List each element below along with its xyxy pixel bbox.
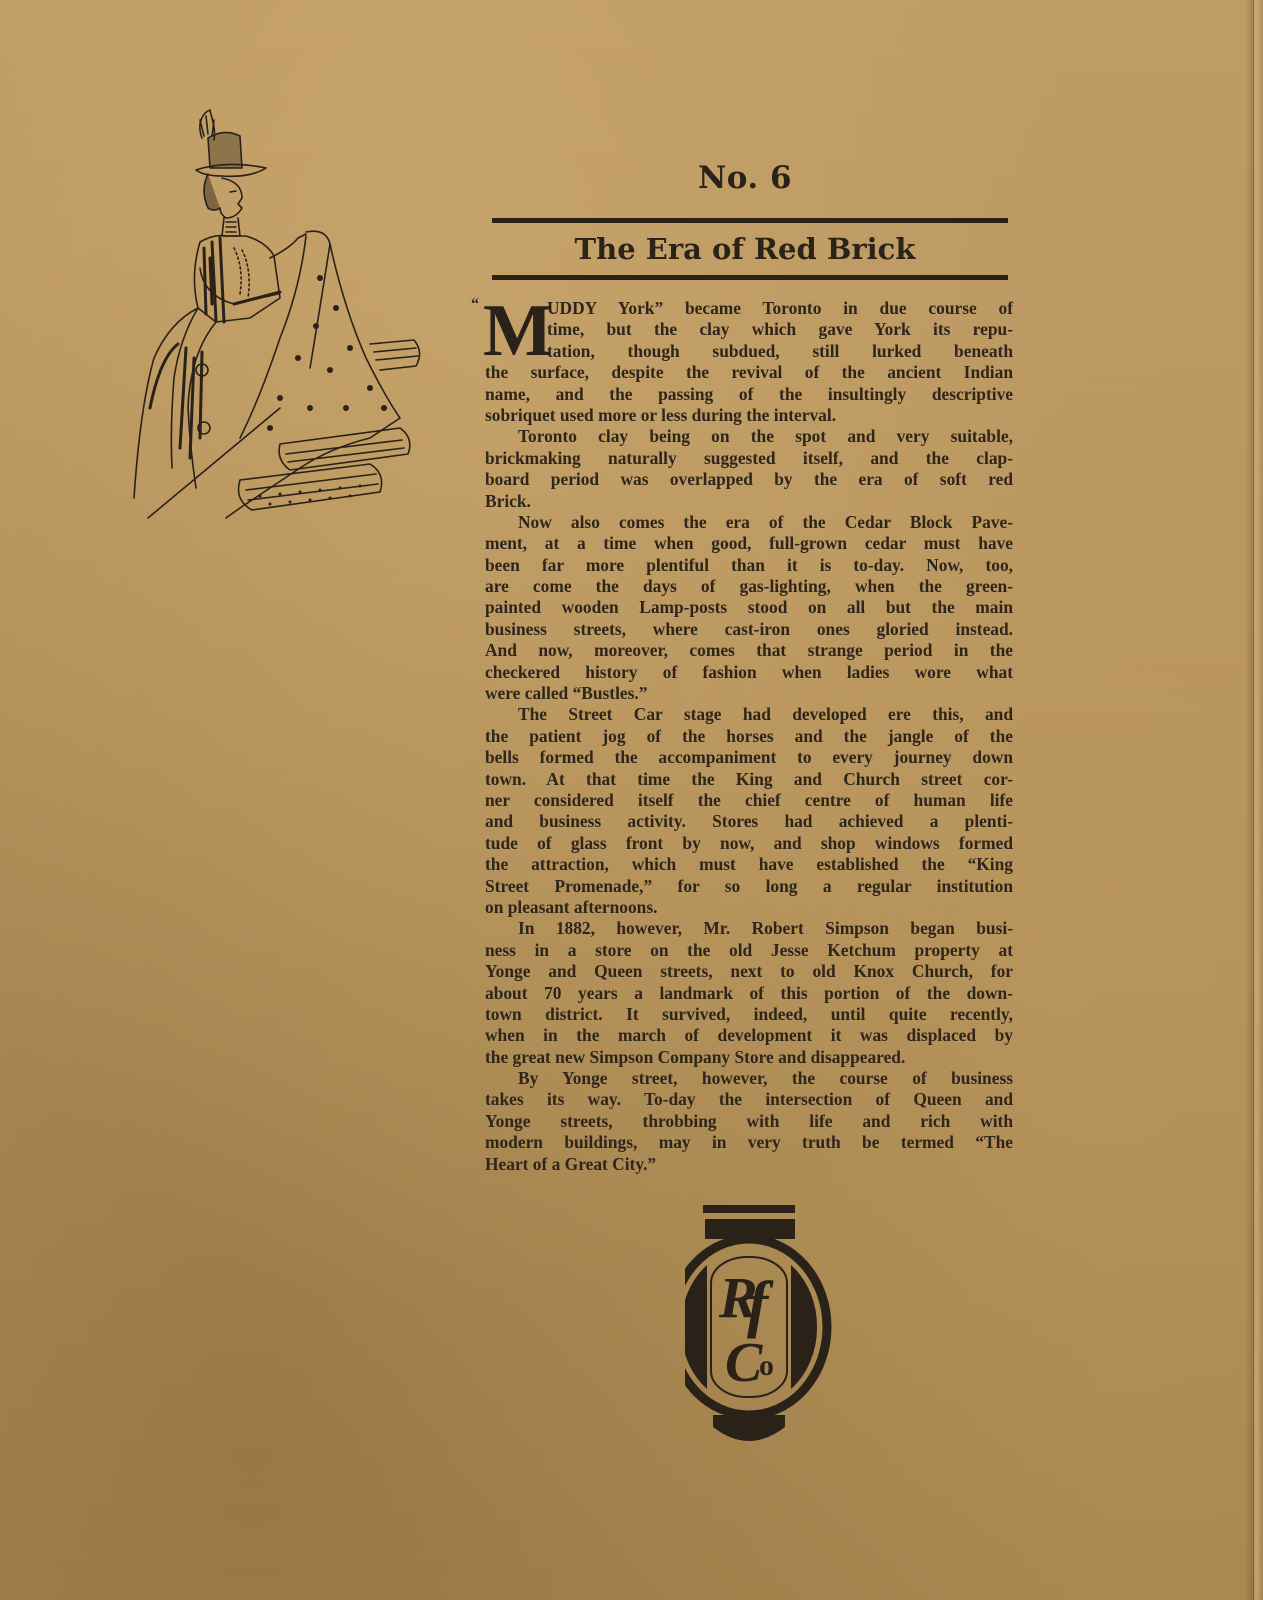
page-edge bbox=[1245, 0, 1263, 1600]
text-line: been far more plentiful than it is to-da… bbox=[485, 555, 1013, 576]
article-body: “ M UDDY York” became Toronto in due cou… bbox=[485, 298, 1013, 1175]
text-line: And now, moreover, comes that strange pe… bbox=[485, 640, 1013, 661]
text-line: tation, though subdued, still lurked ben… bbox=[485, 341, 1013, 362]
text-line: the great new Simpson Company Store and … bbox=[485, 1047, 1013, 1068]
svg-text:f: f bbox=[747, 1268, 774, 1339]
text-line: town district. It survived, indeed, unti… bbox=[485, 1004, 1013, 1025]
text-line: the patient jog of the horses and the ja… bbox=[485, 726, 1013, 747]
title-rule-bottom bbox=[492, 275, 1008, 280]
text-line: sobriquet used more or less during the i… bbox=[485, 405, 1013, 426]
text-line: modern buildings, may in very truth be t… bbox=[485, 1132, 1013, 1153]
text-line: the attraction, which must have establis… bbox=[485, 854, 1013, 875]
rs-co-monogram-logo: R f C o bbox=[685, 1205, 845, 1445]
article-title: The Era of Red Brick bbox=[480, 232, 1010, 266]
text-line: were called “Bustles.” bbox=[485, 683, 1013, 704]
text-line: tude of glass front by now, and shop win… bbox=[485, 833, 1013, 854]
text-line: UDDY York” became Toronto in due course … bbox=[485, 298, 1013, 319]
text-line: ment, at a time when good, full-grown ce… bbox=[485, 533, 1013, 554]
text-line: Brick. bbox=[485, 491, 1013, 512]
text-line: painted wooden Lamp-posts stood on all b… bbox=[485, 597, 1013, 618]
text-line: takes its way. To-day the intersection o… bbox=[485, 1089, 1013, 1110]
text-line: In 1882, however, Mr. Robert Simpson beg… bbox=[485, 918, 1013, 939]
svg-text:o: o bbox=[759, 1349, 774, 1382]
victorian-lady-illustration bbox=[130, 108, 430, 528]
text-line: By Yonge street, however, the course of … bbox=[485, 1068, 1013, 1089]
text-line: checkered history of fashion when ladies… bbox=[485, 662, 1013, 683]
text-line: on pleasant afternoons. bbox=[485, 897, 1013, 918]
text-line: Now also comes the era of the Cedar Bloc… bbox=[485, 512, 1013, 533]
text-line: Yonge and Queen streets, next to old Kno… bbox=[485, 961, 1013, 982]
text-line: bells formed the accompaniment to every … bbox=[485, 747, 1013, 768]
text-line: The Street Car stage had developed ere t… bbox=[485, 704, 1013, 725]
text-line: name, and the passing of the insultingly… bbox=[485, 384, 1013, 405]
title-rule-top bbox=[492, 218, 1008, 223]
text-line: Heart of a Great City.” bbox=[485, 1154, 1013, 1175]
text-line: the surface, despite the revival of the … bbox=[485, 362, 1013, 383]
text-line: ner considered itself the chief centre o… bbox=[485, 790, 1013, 811]
opening-quote-mark: “ bbox=[471, 296, 479, 314]
text-line: business streets, where cast-iron ones g… bbox=[485, 619, 1013, 640]
text-line: and business activity. Stores had achiev… bbox=[485, 811, 1013, 832]
text-line: Yonge streets, throbbing with life and r… bbox=[485, 1111, 1013, 1132]
text-line: brickmaking naturally suggested itself, … bbox=[485, 448, 1013, 469]
text-line: about 70 years a landmark of this portio… bbox=[485, 983, 1013, 1004]
text-line: when in the march of development it was … bbox=[485, 1025, 1013, 1046]
text-line: town. At that time the King and Church s… bbox=[485, 769, 1013, 790]
text-line: Street Promenade,” for so long a regular… bbox=[485, 876, 1013, 897]
text-line: Toronto clay being on the spot and very … bbox=[485, 426, 1013, 447]
issue-number: No. 6 bbox=[480, 160, 1010, 196]
text-line: board period was overlapped by the era o… bbox=[485, 469, 1013, 490]
text-line: ness in a store on the old Jesse Ketchum… bbox=[485, 940, 1013, 961]
svg-text:C: C bbox=[725, 1332, 763, 1394]
text-line: are come the days of gas-lighting, when … bbox=[485, 576, 1013, 597]
drop-cap: M bbox=[483, 298, 543, 362]
text-line: time, but the clay which gave York its r… bbox=[485, 319, 1013, 340]
